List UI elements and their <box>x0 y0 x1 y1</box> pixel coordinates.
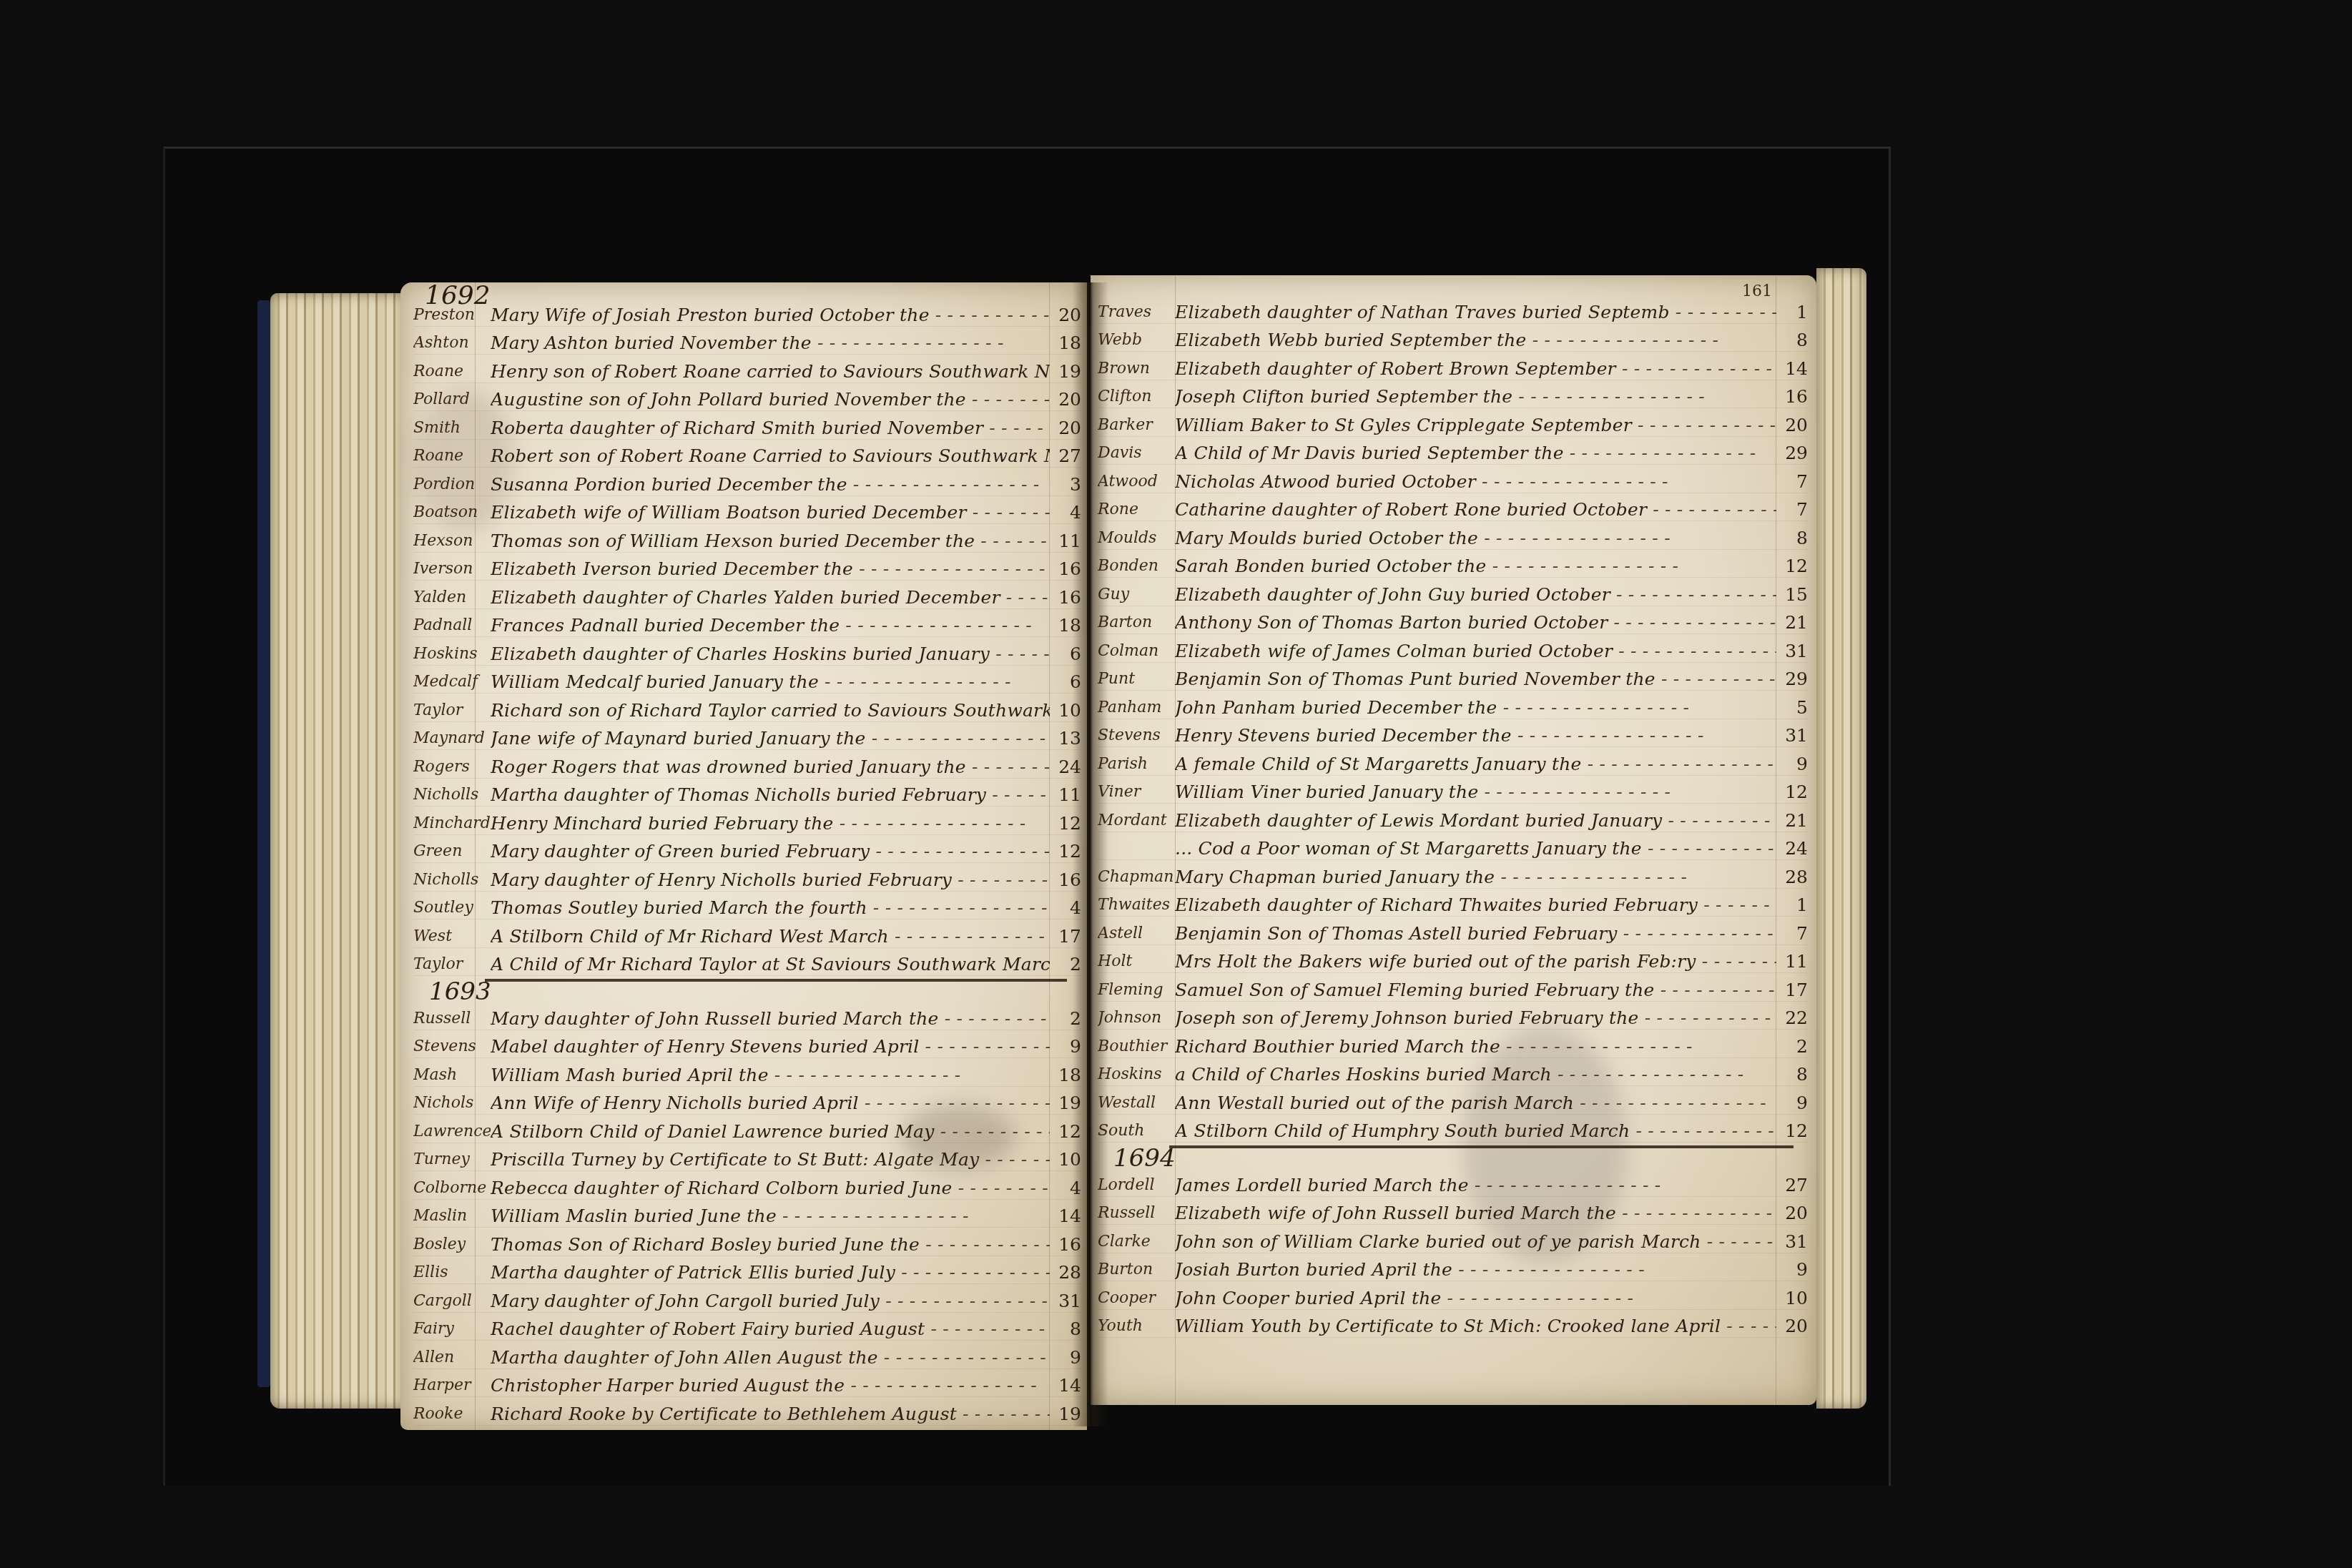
entry-text: Henry Stevens buried December the <box>1175 725 1776 746</box>
register-entry: Hoskinsa Child of Charles Hoskins buried… <box>1098 1058 1808 1087</box>
register-entry: MinchardHenry Minchard buried February t… <box>413 807 1081 835</box>
entry-surname: Taylor <box>413 700 491 721</box>
register-entry: PrestonMary Wife of Josiah Preston burie… <box>413 298 1081 327</box>
register-entry: YaldenElizabeth daughter of Charles Yald… <box>413 581 1081 609</box>
entry-text: Elizabeth Webb buried September the <box>1175 330 1776 351</box>
register-entry: PordionSusanna Pordion buried December t… <box>413 468 1081 496</box>
entry-text: William Maslin buried June the <box>491 1205 1050 1227</box>
register-entry: StevensHenry Stevens buried December the… <box>1098 719 1808 748</box>
entry-surname: Nichols <box>413 1093 491 1114</box>
entry-day: 20 <box>1776 1316 1808 1337</box>
register-entry: NichollsMary daughter of Henry Nicholls … <box>413 863 1081 892</box>
entry-surname: Mordant <box>1098 810 1175 832</box>
year-heading: 1694 <box>1098 1148 1808 1168</box>
entry-day: 16 <box>1050 1234 1081 1256</box>
register-entry: PollardAugustine son of John Pollard bur… <box>413 383 1081 412</box>
entry-surname: Boatson <box>413 502 491 523</box>
entry-surname: Hoskins <box>413 644 491 665</box>
entry-surname: Smith <box>413 418 491 439</box>
register-entry: TaylorA Child of Mr Richard Taylor at St… <box>413 948 1081 977</box>
entry-surname: Roane <box>413 445 491 467</box>
entry-text: John son of William Clarke buried out of… <box>1175 1231 1776 1253</box>
entry-day: 22 <box>1776 1007 1808 1029</box>
entry-text: Mary Ashton buried November the <box>491 332 1050 354</box>
entry-surname: Cooper <box>1098 1288 1175 1309</box>
register-entry: FlemingSamuel Son of Samuel Fleming buri… <box>1098 973 1808 1002</box>
entry-day: 9 <box>1050 1036 1081 1057</box>
entry-day: 10 <box>1776 1288 1808 1309</box>
entry-day: 31 <box>1776 725 1808 746</box>
book-cover-edge <box>257 300 270 1387</box>
register-entry: EllisMartha daughter of Patrick Ellis bu… <box>413 1256 1081 1285</box>
entry-surname: Barker <box>1098 415 1175 436</box>
entry-day: 16 <box>1050 587 1081 608</box>
entry-day: 21 <box>1776 612 1808 633</box>
entry-text: Ann Westall buried out of the parish Mar… <box>1175 1093 1776 1114</box>
entry-day: 11 <box>1050 531 1081 552</box>
register-entry: RoaneHenry son of Robert Roane carried t… <box>413 355 1081 383</box>
entry-day: 24 <box>1050 756 1081 778</box>
register-entry: BrownElizabeth daughter of Robert Brown … <box>1098 352 1808 380</box>
register-entry: CliftonJoseph Clifton buried September t… <box>1098 380 1808 409</box>
entry-text: Priscilla Turney by Certificate to St Bu… <box>491 1149 1050 1170</box>
entry-surname: Soutley <box>413 897 491 919</box>
register-entry: NichollsMartha daughter of Thomas Nichol… <box>413 779 1081 807</box>
entry-surname: Viner <box>1098 781 1175 803</box>
right-page-stack <box>1816 268 1866 1409</box>
register-entry: ChapmanMary Chapman buried January the28 <box>1098 860 1808 889</box>
register-entry: SmithRoberta daughter of Richard Smith b… <box>413 411 1081 440</box>
entry-text: John Panham buried December the <box>1175 697 1776 719</box>
entry-day: 31 <box>1050 1291 1081 1312</box>
entry-day: 31 <box>1776 1231 1808 1253</box>
entry-surname: Green <box>413 841 491 862</box>
entry-text: Elizabeth daughter of Lewis Mordant buri… <box>1175 810 1776 832</box>
register-entry: ClarkeJohn son of William Clarke buried … <box>1098 1225 1808 1253</box>
entry-surname: Barton <box>1098 612 1175 633</box>
entry-text: a Child of Charles Hoskins buried March <box>1175 1064 1776 1085</box>
entry-surname: Holt <box>1098 951 1175 972</box>
entry-day: 17 <box>1050 926 1081 947</box>
entry-day: 10 <box>1050 1149 1081 1170</box>
entry-surname: Atwood <box>1098 471 1175 493</box>
entry-text: Mary daughter of Henry Nicholls buried F… <box>491 869 1050 891</box>
entry-text: Richard son of Richard Taylor carried to… <box>491 700 1050 721</box>
entry-day: 12 <box>1776 556 1808 577</box>
entry-day: 9 <box>1776 1093 1808 1114</box>
register-entry: JohnsonJoseph son of Jeremy Johnson buri… <box>1098 1002 1808 1030</box>
entry-text: Catharine daughter of Robert Rone buried… <box>1175 499 1776 521</box>
entry-day: 8 <box>1776 330 1808 351</box>
entry-surname: Hexson <box>413 531 491 552</box>
entry-surname: Clarke <box>1098 1231 1175 1253</box>
right-page: 161 TravesElizabeth daughter of Nathan T… <box>1091 275 1816 1405</box>
register-entry: BosleyThomas Son of Richard Bosley burie… <box>413 1228 1081 1256</box>
entry-surname: Cargoll <box>413 1291 491 1312</box>
entry-day: 19 <box>1050 1093 1081 1114</box>
entry-surname: Traves <box>1098 302 1175 323</box>
entry-text: Roger Rogers that was drowned buried Jan… <box>491 756 1050 778</box>
entry-surname: Panham <box>1098 697 1175 719</box>
entry-day: 13 <box>1050 728 1081 749</box>
entry-surname: Lordell <box>1098 1175 1175 1196</box>
entry-surname: Lawrence <box>413 1121 491 1143</box>
entry-day: 20 <box>1776 415 1808 436</box>
entry-day: 5 <box>1776 697 1808 719</box>
entry-surname: Westall <box>1098 1093 1175 1114</box>
entry-text: Rebecca daughter of Richard Colborn buri… <box>491 1178 1050 1199</box>
register-entry: MaslinWilliam Maslin buried June the14 <box>413 1200 1081 1228</box>
entry-surname: Allen <box>413 1347 491 1369</box>
register-entry: TurneyPriscilla Turney by Certificate to… <box>413 1143 1081 1172</box>
entry-surname: Ellis <box>413 1262 491 1283</box>
register-entry: GreenMary daughter of Green buried Febru… <box>413 835 1081 864</box>
entry-surname: Nicholls <box>413 869 491 891</box>
open-register-volume: 1692 PrestonMary Wife of Josiah Preston … <box>257 268 1881 1441</box>
entry-surname: Yalden <box>413 587 491 608</box>
entry-surname: Roane <box>413 361 491 383</box>
entry-surname: Russell <box>413 1008 491 1030</box>
register-entry: StevensMabel daughter of Henry Stevens b… <box>413 1030 1081 1059</box>
entry-day: 7 <box>1776 499 1808 521</box>
entry-text: William Youth by Certificate to St Mich:… <box>1175 1316 1776 1337</box>
entry-surname: Russell <box>1098 1203 1175 1224</box>
entry-text: Thomas son of William Hexson buried Dece… <box>491 531 1050 552</box>
year-heading: 1693 <box>413 982 1081 1002</box>
entry-text: Jane wife of Maynard buried January the <box>491 728 1050 749</box>
entry-surname: Astell <box>1098 923 1175 945</box>
entry-surname: Colborne <box>413 1178 491 1199</box>
entry-text: Elizabeth daughter of Charles Yalden bur… <box>491 587 1050 608</box>
entry-surname: Maynard <box>413 728 491 749</box>
entry-text: James Lordell buried March the <box>1175 1175 1776 1196</box>
entry-text: ... Cod a Poor woman of St Margaretts Ja… <box>1175 838 1776 859</box>
entry-day: 31 <box>1776 641 1808 662</box>
entry-surname: Rone <box>1098 499 1175 521</box>
entry-surname: Rooke <box>413 1404 491 1425</box>
entry-surname: Chapman <box>1098 867 1175 888</box>
register-entry: WestallAnn Westall buried out of the par… <box>1098 1086 1808 1115</box>
entry-day: 10 <box>1050 700 1081 721</box>
entry-surname: Pollard <box>413 389 491 410</box>
entry-text: Henry son of Robert Roane carried to Sav… <box>491 361 1050 383</box>
register-entry: SoutleyThomas Soutley buried March the f… <box>413 892 1081 920</box>
entry-day: 28 <box>1050 1262 1081 1283</box>
entry-text: Robert son of Robert Roane Carried to Sa… <box>491 445 1050 467</box>
register-entry: BartonAnthony Son of Thomas Barton burie… <box>1098 606 1808 635</box>
entry-surname: Harper <box>413 1375 491 1396</box>
entry-text: A Child of Mr Davis buried September the <box>1175 443 1776 464</box>
entry-surname: Youth <box>1098 1316 1175 1337</box>
entry-text: Richard Rooke by Certificate to Bethlehe… <box>491 1404 1050 1425</box>
entry-text: Martha daughter of John Allen August the <box>491 1347 1050 1369</box>
register-entry: MaynardJane wife of Maynard buried Janua… <box>413 722 1081 751</box>
entry-text: Rachel daughter of Robert Fairy buried A… <box>491 1318 1050 1340</box>
register-entry: FairyRachel daughter of Robert Fairy bur… <box>413 1313 1081 1341</box>
entry-text: William Baker to St Gyles Cripplegate Se… <box>1175 415 1776 436</box>
entry-day: 12 <box>1050 1121 1081 1143</box>
entry-surname: Webb <box>1098 330 1175 351</box>
entry-text: Nicholas Atwood buried October <box>1175 471 1776 493</box>
entry-text: Thomas Soutley buried March the fourth <box>491 897 1050 919</box>
register-entry: TaylorRichard son of Richard Taylor carr… <box>413 694 1081 722</box>
entry-day: 11 <box>1776 951 1808 972</box>
register-entry: HoltMrs Holt the Bakers wife buried out … <box>1098 945 1808 974</box>
entry-day: 4 <box>1050 897 1081 919</box>
register-entry: ColmanElizabeth wife of James Colman bur… <box>1098 634 1808 663</box>
entry-surname: Stevens <box>413 1036 491 1057</box>
entry-day: 14 <box>1776 358 1808 380</box>
register-entry: IversonElizabeth Iverson buried December… <box>413 553 1081 581</box>
register-entry: ParishA female Child of St Margaretts Ja… <box>1098 747 1808 776</box>
entry-surname: Bonden <box>1098 556 1175 577</box>
entry-day: 8 <box>1050 1318 1081 1340</box>
entry-text: Sarah Bonden buried October the <box>1175 556 1776 577</box>
register-entry: ... Cod a Poor woman of St Margaretts Ja… <box>1098 832 1808 861</box>
left-page: 1692 PrestonMary Wife of Josiah Preston … <box>400 282 1087 1430</box>
entry-text: Elizabeth wife of James Colman buried Oc… <box>1175 641 1776 662</box>
entry-surname: Burton <box>1098 1259 1175 1281</box>
burial-entries-list: TravesElizabeth daughter of Nathan Trave… <box>1091 295 1816 1338</box>
entry-text: William Mash buried April the <box>491 1065 1050 1086</box>
entry-day: 27 <box>1050 445 1081 467</box>
entry-surname: Iverson <box>413 558 491 580</box>
entry-day: 7 <box>1776 923 1808 945</box>
register-entry: AtwoodNicholas Atwood buried October7 <box>1098 465 1808 493</box>
entry-text: Elizabeth daughter of Charles Hoskins bu… <box>491 644 1050 665</box>
entry-text: Anthony Son of Thomas Barton buried Octo… <box>1175 612 1776 633</box>
entry-day: 16 <box>1776 386 1808 408</box>
entry-surname: Davis <box>1098 443 1175 464</box>
register-entry: ThwaitesElizabeth daughter of Richard Th… <box>1098 889 1808 917</box>
entry-surname: Preston <box>413 305 491 326</box>
entry-surname: Clifton <box>1098 386 1175 408</box>
entry-surname: Moulds <box>1098 528 1175 549</box>
register-entry: CooperJohn Cooper buried April the10 <box>1098 1281 1808 1310</box>
entry-surname: West <box>413 926 491 947</box>
entry-day: 15 <box>1776 584 1808 606</box>
register-entry: ColborneRebecca daughter of Richard Colb… <box>413 1171 1081 1200</box>
entry-surname: Padnall <box>413 615 491 636</box>
entry-text: Elizabeth daughter of John Guy buried Oc… <box>1175 584 1776 606</box>
register-entry: RogersRoger Rogers that was drowned buri… <box>413 750 1081 779</box>
register-entry: WestA Stilborn Child of Mr Richard West … <box>413 919 1081 948</box>
register-entry: WebbElizabeth Webb buried September the8 <box>1098 324 1808 352</box>
register-entry: DavisA Child of Mr Davis buried Septembe… <box>1098 437 1808 465</box>
entry-day: 19 <box>1050 1404 1081 1425</box>
entry-day: 9 <box>1776 1259 1808 1281</box>
entry-text: Mary daughter of John Russell buried Mar… <box>491 1008 1050 1030</box>
entry-day: 20 <box>1776 1203 1808 1224</box>
entry-day: 21 <box>1776 810 1808 832</box>
entry-day: 12 <box>1776 1120 1808 1142</box>
register-entry: SouthA Stilborn Child of Humphry South b… <box>1098 1115 1808 1143</box>
entry-surname: Guy <box>1098 584 1175 606</box>
entry-day: 8 <box>1776 528 1808 549</box>
register-entry: AshtonMary Ashton buried November the18 <box>413 327 1081 355</box>
entry-text: Elizabeth Iverson buried December the <box>491 558 1050 580</box>
register-entry: BondenSarah Bonden buried October the12 <box>1098 550 1808 578</box>
entry-text: Elizabeth wife of William Boatson buried… <box>491 502 1050 523</box>
entry-text: Ann Wife of Henry Nicholls buried April <box>491 1093 1050 1114</box>
entry-text: William Medcalf buried January the <box>491 671 1050 693</box>
entry-surname: South <box>1098 1120 1175 1142</box>
entry-text: Benjamin Son of Thomas Punt buried Novem… <box>1175 669 1776 690</box>
entry-surname: Maslin <box>413 1205 491 1227</box>
register-entry: RussellElizabeth wife of John Russell bu… <box>1098 1197 1808 1226</box>
burial-entries-list: PrestonMary Wife of Josiah Preston burie… <box>400 298 1087 1426</box>
entry-day: 8 <box>1776 1064 1808 1085</box>
entry-surname: Medcalf <box>413 671 491 693</box>
entry-text: Roberta daughter of Richard Smith buried… <box>491 418 1050 439</box>
entry-surname: Colman <box>1098 641 1175 662</box>
register-entry: NicholsAnn Wife of Henry Nicholls buried… <box>413 1087 1081 1115</box>
entry-text: A female Child of St Margaretts January … <box>1175 754 1776 775</box>
register-entry: HarperChristopher Harper buried August t… <box>413 1369 1081 1398</box>
entry-text: A Stilborn Child of Mr Richard West Marc… <box>491 926 1050 947</box>
entry-surname: Parish <box>1098 754 1175 775</box>
register-entry: LordellJames Lordell buried March the27 <box>1098 1168 1808 1197</box>
entry-text: Mrs Holt the Bakers wife buried out of t… <box>1175 951 1776 972</box>
entry-day: 20 <box>1050 418 1081 439</box>
entry-text: William Viner buried January the <box>1175 781 1776 803</box>
entry-day: 12 <box>1050 813 1081 834</box>
entry-surname: Brown <box>1098 358 1175 380</box>
register-entry: HexsonThomas son of William Hexson burie… <box>413 524 1081 553</box>
entry-day: 18 <box>1050 1065 1081 1086</box>
entry-day: 1 <box>1776 302 1808 323</box>
entry-day: 20 <box>1050 305 1081 326</box>
entry-text: Augustine son of John Pollard buried Nov… <box>491 389 1050 410</box>
entry-surname: Turney <box>413 1149 491 1170</box>
entry-surname: Nicholls <box>413 784 491 806</box>
entry-day: 6 <box>1050 644 1081 665</box>
entry-surname: Bouthier <box>1098 1036 1175 1057</box>
entry-surname: Johnson <box>1098 1007 1175 1029</box>
entry-surname: Ashton <box>413 332 491 354</box>
entry-surname: Rogers <box>413 756 491 778</box>
register-entry: CargollMary daughter of John Cargoll bur… <box>413 1284 1081 1313</box>
entry-day: 19 <box>1050 361 1081 383</box>
entry-day: 20 <box>1050 389 1081 410</box>
entry-text: Thomas Son of Richard Bosley buried June… <box>491 1234 1050 1256</box>
entry-text: Christopher Harper buried August the <box>491 1375 1050 1396</box>
register-entry: MordantElizabeth daughter of Lewis Morda… <box>1098 804 1808 832</box>
entry-day: 14 <box>1050 1375 1081 1396</box>
entry-text: Samuel Son of Samuel Fleming buried Febr… <box>1175 980 1776 1001</box>
register-entry: RoaneRobert son of Robert Roane Carried … <box>413 440 1081 468</box>
entry-text: Martha daughter of Thomas Nicholls burie… <box>491 784 1050 806</box>
entry-surname: Pordion <box>413 474 491 495</box>
entry-text: Benjamin Son of Thomas Astell buried Feb… <box>1175 923 1776 945</box>
register-entry: RoneCatharine daughter of Robert Rone bu… <box>1098 493 1808 522</box>
entry-text: Mary daughter of John Cargoll buried Jul… <box>491 1291 1050 1312</box>
entry-text: Josiah Burton buried April the <box>1175 1259 1776 1281</box>
entry-day: 14 <box>1050 1205 1081 1227</box>
entry-text: Martha daughter of Patrick Ellis buried … <box>491 1262 1050 1283</box>
register-entry: VinerWilliam Viner buried January the12 <box>1098 776 1808 804</box>
entry-day: 2 <box>1776 1036 1808 1057</box>
entry-day: 24 <box>1776 838 1808 859</box>
entry-day: 9 <box>1050 1347 1081 1369</box>
entry-day: 29 <box>1776 669 1808 690</box>
entry-day: 2 <box>1050 1008 1081 1030</box>
entry-text: Joseph Clifton buried September the <box>1175 386 1776 408</box>
entry-surname: Mash <box>413 1065 491 1086</box>
entry-text: Elizabeth daughter of Nathan Traves buri… <box>1175 302 1776 323</box>
entry-day: 18 <box>1050 615 1081 636</box>
entry-text: A Stilborn Child of Humphry South buried… <box>1175 1120 1776 1142</box>
entry-day: 4 <box>1050 502 1081 523</box>
entry-text: Richard Bouthier buried March the <box>1175 1036 1776 1057</box>
register-entry: MouldsMary Moulds buried October the8 <box>1098 521 1808 550</box>
register-entry: AllenMartha daughter of John Allen Augus… <box>413 1341 1081 1369</box>
entry-text: Henry Minchard buried February the <box>491 813 1050 834</box>
entry-text: John Cooper buried April the <box>1175 1288 1776 1309</box>
entry-day: 3 <box>1050 474 1081 495</box>
register-entry: RussellMary daughter of John Russell bur… <box>413 1002 1081 1030</box>
entry-text: Elizabeth wife of John Russell buried Ma… <box>1175 1203 1776 1224</box>
register-entry: TravesElizabeth daughter of Nathan Trave… <box>1098 295 1808 324</box>
register-entry: PuntBenjamin Son of Thomas Punt buried N… <box>1098 663 1808 691</box>
entry-surname: Bosley <box>413 1234 491 1256</box>
register-entry: HoskinsElizabeth daughter of Charles Hos… <box>413 637 1081 666</box>
entry-day: 2 <box>1050 954 1081 975</box>
entry-text: Mabel daughter of Henry Stevens buried A… <box>491 1036 1050 1057</box>
entry-text: A Child of Mr Richard Taylor at St Savio… <box>491 954 1050 975</box>
register-entry: BarkerWilliam Baker to St Gyles Crippleg… <box>1098 408 1808 437</box>
entry-text: Mary Chapman buried January the <box>1175 867 1776 888</box>
entry-day: 27 <box>1776 1175 1808 1196</box>
register-entry: GuyElizabeth daughter of John Guy buried… <box>1098 578 1808 606</box>
register-entry: MedcalfWilliam Medcalf buried January th… <box>413 666 1081 694</box>
entry-day: 9 <box>1776 754 1808 775</box>
entry-surname: Fleming <box>1098 980 1175 1001</box>
entry-day: 11 <box>1050 784 1081 806</box>
entry-surname: Punt <box>1098 669 1175 690</box>
entry-text: Mary Moulds buried October the <box>1175 528 1776 549</box>
entry-text: Joseph son of Jeremy Johnson buried Febr… <box>1175 1007 1776 1029</box>
register-entry: MashWilliam Mash buried April the18 <box>413 1058 1081 1087</box>
entry-surname: Taylor <box>413 954 491 975</box>
entry-day: 7 <box>1776 471 1808 493</box>
register-entry: BoatsonElizabeth wife of William Boatson… <box>413 496 1081 525</box>
register-entry: RookeRichard Rooke by Certificate to Bet… <box>413 1397 1081 1426</box>
entry-day: 12 <box>1776 781 1808 803</box>
entry-surname: Thwaites <box>1098 894 1175 916</box>
register-entry: BouthierRichard Bouthier buried March th… <box>1098 1030 1808 1058</box>
entry-text: Mary daughter of Green buried February <box>491 841 1050 862</box>
entry-text: Elizabeth daughter of Robert Brown Septe… <box>1175 358 1776 380</box>
entry-text: Mary Wife of Josiah Preston buried Octob… <box>491 305 1050 326</box>
register-entry: AstellBenjamin Son of Thomas Astell buri… <box>1098 917 1808 945</box>
register-entry: BurtonJosiah Burton buried April the9 <box>1098 1253 1808 1282</box>
entry-day: 18 <box>1050 332 1081 354</box>
entry-day: 28 <box>1776 867 1808 888</box>
entry-text: Frances Padnall buried December the <box>491 615 1050 636</box>
entry-day: 29 <box>1776 443 1808 464</box>
entry-day: 4 <box>1050 1178 1081 1199</box>
entry-surname: Stevens <box>1098 725 1175 746</box>
entry-surname: Fairy <box>413 1318 491 1340</box>
entry-text: A Stilborn Child of Daniel Lawrence buri… <box>491 1121 1050 1143</box>
register-entry: PanhamJohn Panham buried December the5 <box>1098 691 1808 719</box>
entry-surname: Minchard <box>413 813 491 834</box>
entry-surname: Hoskins <box>1098 1064 1175 1085</box>
entry-day: 16 <box>1050 558 1081 580</box>
entry-day: 16 <box>1050 869 1081 891</box>
register-entry: LawrenceA Stilborn Child of Daniel Lawre… <box>413 1115 1081 1143</box>
